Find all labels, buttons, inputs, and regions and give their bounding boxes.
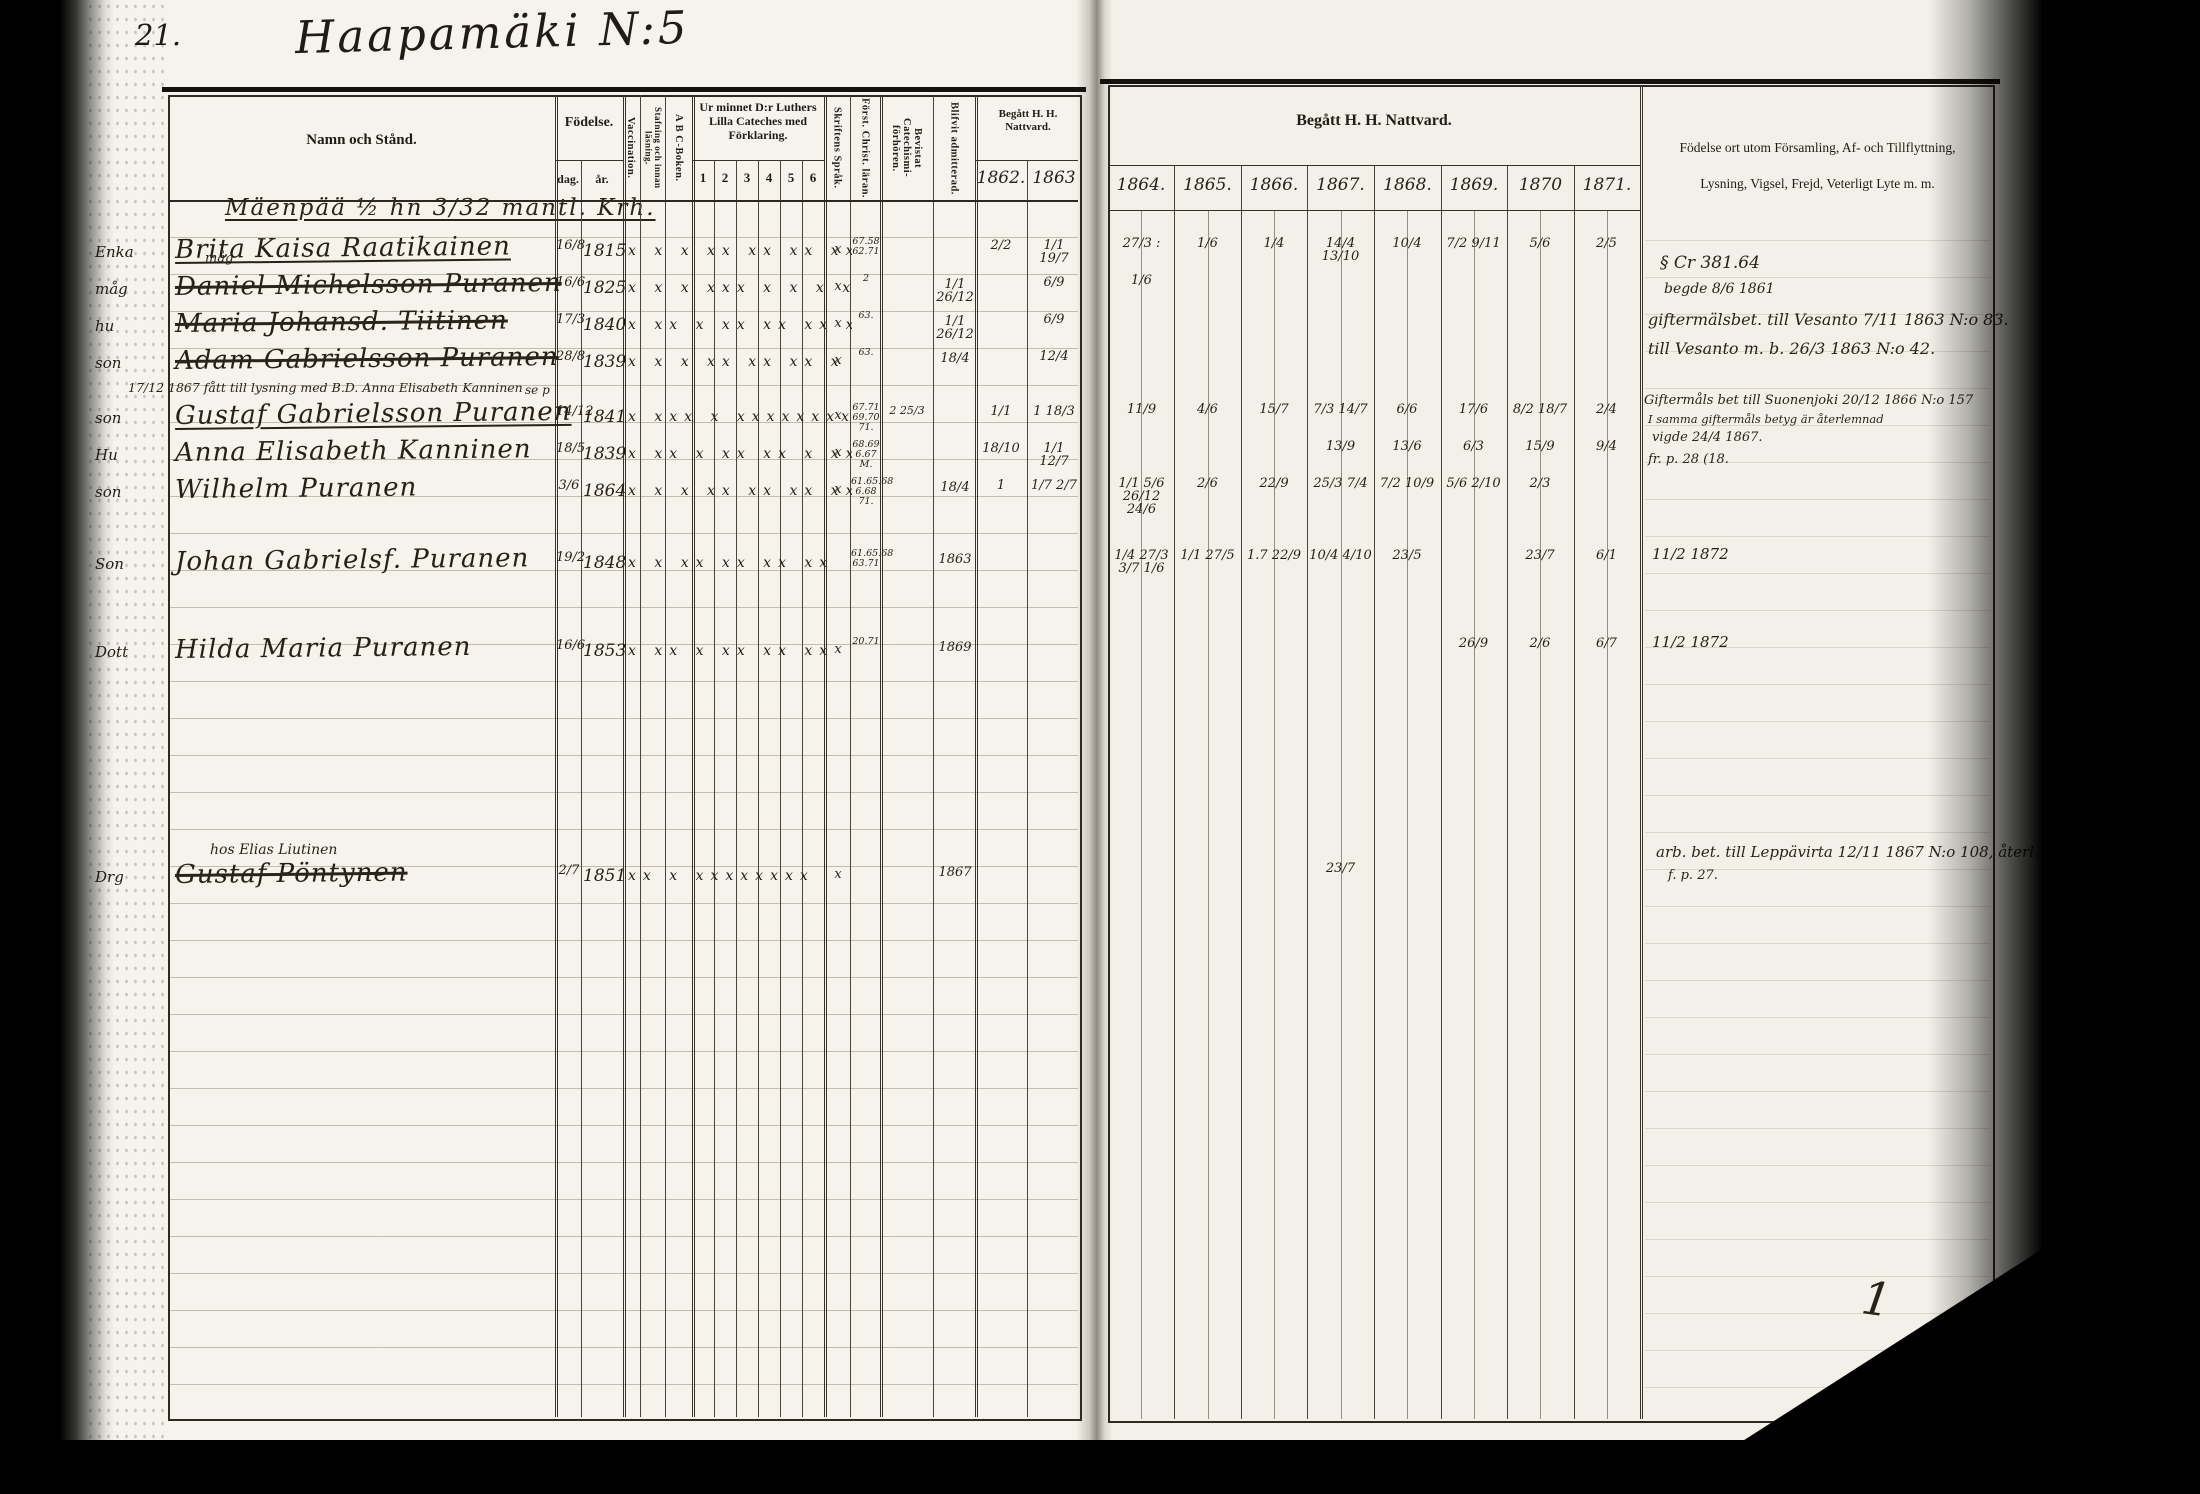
header-fodelse: Födelse.: [555, 115, 623, 131]
cell-y1871: 6/7: [1575, 637, 1638, 650]
note-hos-elias: hos Elias Liutinen: [210, 842, 337, 858]
cell-y1871: 9/4: [1575, 440, 1638, 453]
cell-y1867: 7/3 14/7: [1309, 403, 1372, 416]
header-ar: år.: [581, 172, 623, 187]
right-page-edge-shadow: [1928, 0, 2048, 1445]
cell-name: Anna Elisabeth Kanninen: [175, 434, 560, 468]
note-se-p: se p: [525, 383, 550, 397]
cell-marks: x x x xx xx xx xx: [628, 483, 852, 499]
cell-dag: 16/6: [556, 276, 582, 289]
cell-sprak: x: [826, 868, 850, 881]
header-cat-2: 2: [714, 170, 736, 186]
cell-y1864: 27/3 :: [1110, 237, 1173, 250]
cell-marks: x xx x xx xx xx xx xx: [628, 317, 852, 333]
cell-name: Brita Kaisa Raatikainen: [175, 231, 560, 265]
cell-adm: 1863: [934, 553, 976, 566]
cell-name: Daniel Michelsson Puranen: [175, 268, 560, 302]
column-line: [1507, 165, 1508, 1419]
cell-sprak: x: [826, 317, 850, 330]
header-abc-boken: A B C-Boken.: [665, 97, 692, 199]
torn-left-edge: [0, 0, 115, 1494]
cell-adm: 1869: [934, 641, 976, 654]
cell-y1865: 1/6: [1176, 237, 1239, 250]
year-label-1867: 1867.: [1307, 175, 1374, 195]
cell-ar: 1851: [583, 866, 625, 886]
cell-y1862: 18/10: [976, 442, 1026, 455]
remark-vesanto-2: till Vesanto m. b. 26/3 1863 N:o 42.: [1648, 339, 1935, 358]
year-label-1865: 1865.: [1174, 175, 1241, 195]
header-begatt-right: Begått H. H. Nattvard.: [1108, 112, 1640, 130]
cell-y1866: 22/9: [1243, 477, 1305, 490]
cell-y1865: 4/6: [1176, 403, 1239, 416]
cell-y1870: 23/7: [1509, 549, 1571, 562]
cell-y1862: 2/2: [976, 239, 1026, 252]
cell-y1863: 1/1 12/7: [1028, 442, 1080, 468]
cell-y1862: 1: [976, 479, 1026, 492]
cell-sprak: x: [826, 446, 850, 459]
cell-y1871: 2/4: [1575, 403, 1638, 416]
cell-dag: 16/8: [556, 239, 582, 252]
header-bevistat-catechismi: Bevistat Catechismi-förhören.: [880, 97, 933, 199]
header-namn-och-stand: Namn och Stånd.: [168, 132, 555, 149]
cell-ar: 1825: [583, 278, 625, 298]
cell-marks: x x x xxx x x x x: [628, 280, 852, 296]
header-rule: [1108, 165, 1640, 166]
left-table-top-rule: [162, 87, 1086, 92]
cell-y1870: 2/3: [1509, 477, 1571, 490]
cell-dag: 3/6: [556, 479, 582, 492]
column-line: [1441, 165, 1442, 1419]
cell-sprak: x: [826, 354, 850, 367]
cell-adm: 18/4: [934, 352, 976, 365]
cell-sprak: x: [826, 243, 850, 256]
cell-christ: 67.71 69.70 71.: [851, 403, 881, 433]
remark-cr: § Cr 381.64: [1660, 253, 1760, 273]
scanned-parish-register: 21. Haapamäki N:5 Namn och Stånd. Födels…: [0, 0, 2200, 1494]
cell-name: Adam Gabrielsson Puranen: [175, 342, 560, 376]
cell-y1862: 1/1: [976, 405, 1026, 418]
cell-y1868: 23/5: [1376, 549, 1438, 562]
cell-name: Gustaf Pöntynen: [175, 856, 560, 890]
column-line: [1174, 165, 1175, 1419]
cell-marks: x xxx x xxxxxxxxx: [628, 409, 852, 425]
cell-marks: x x xx xx xx xx: [628, 555, 852, 571]
year-label-1863: 1863: [1028, 168, 1080, 188]
header-skriftens-sprak: Skriftens Språk.: [824, 97, 850, 199]
column-line: [1540, 210, 1541, 1419]
column-line: [1341, 210, 1342, 1419]
column-line: [1640, 85, 1643, 1419]
cell-y1868: 7/2 10/9: [1376, 477, 1438, 490]
cell-christ: 67.58 62.71: [851, 237, 881, 257]
header-rule: [555, 160, 623, 161]
cell-sprak: x: [826, 409, 850, 422]
cell-y1869: 17/6: [1442, 403, 1505, 416]
cell-y1871: 6/1: [1575, 549, 1638, 562]
column-line: [780, 160, 781, 1417]
cell-y1867: 23/7: [1309, 862, 1372, 875]
cell-y1868: 6/6: [1376, 403, 1438, 416]
cell-y1863: 12/4: [1028, 350, 1080, 363]
year-label-1871: 1871.: [1574, 175, 1640, 195]
cell-ar: 1815: [583, 241, 625, 261]
cell-christ: 61.65.68 6.68 71.: [851, 477, 881, 507]
header-begatt-left: Begått H. H. Nattvard.: [976, 108, 1080, 134]
cell-name: Hilda Maria Puranen: [175, 631, 560, 665]
cell-bev: 2 25/3: [882, 405, 932, 417]
cell-dag: 28/8: [556, 350, 582, 363]
column-line: [1208, 210, 1209, 1419]
cell-marks: x xx x xx xx x xx: [628, 446, 852, 462]
cell-y1870: 15/9: [1509, 440, 1571, 453]
cell-y1864: 11/9: [1110, 403, 1173, 416]
header-cat-6: 6: [802, 170, 824, 186]
cell-y1863: 1/1 19/7: [1028, 239, 1080, 265]
column-line: [1407, 210, 1408, 1419]
header-forst-christ-laran: Först. Christ. läran.: [850, 97, 880, 199]
cell-christ: 61.65.68 63.71: [851, 549, 881, 569]
year-label-1866: 1866.: [1241, 175, 1307, 195]
right-table-top-rule: [1100, 79, 2000, 84]
cell-y1867: 14/4 13/10: [1309, 237, 1372, 263]
header-rule: [975, 160, 1078, 161]
cell-adm: 1/1 26/12: [934, 278, 976, 304]
page-title: Haapamäki N:5: [294, 1, 690, 64]
cell-name: Wilhelm Puranen: [175, 471, 560, 505]
remark-begde: begde 8/6 1861: [1664, 281, 1775, 297]
header-dag: dag.: [555, 172, 581, 187]
header-rule: [692, 160, 824, 161]
year-label-1868: 1868.: [1374, 175, 1441, 195]
note-lysning: 17/12 1867 fått till lysning med B.D. An…: [128, 380, 523, 395]
cell-y1865: 2/6: [1176, 477, 1239, 490]
year-label-1870: 1870: [1507, 175, 1574, 195]
cell-ar: 1839: [583, 444, 625, 464]
cell-marks: x x x xx xx xx x x: [628, 354, 852, 370]
cell-y1867: 25/3 7/4: [1309, 477, 1372, 490]
cell-ar: 1839: [583, 352, 625, 372]
cell-christ: 20.71: [851, 637, 881, 647]
cell-y1863: 1/7 2/7: [1028, 479, 1080, 492]
cell-ar: 1853: [583, 641, 625, 661]
cell-y1866: 15/7: [1243, 403, 1305, 416]
cell-y1865: 1/1 27/5: [1176, 549, 1239, 562]
column-line: [880, 95, 883, 1417]
cell-dag: 18/5: [556, 442, 582, 455]
header-cat-4: 4: [758, 170, 780, 186]
cell-ar: 1864: [583, 481, 625, 501]
cell-y1870: 2/6: [1509, 637, 1571, 650]
remark-vigde: vigde 24/4 1867.: [1652, 430, 1763, 445]
column-line: [1027, 160, 1028, 1417]
cell-name: Gustaf Gabrielsson Puranen: [175, 397, 560, 431]
cell-y1869: 26/9: [1442, 637, 1505, 650]
cell-sprak: x: [826, 483, 850, 496]
cell-name: Johan Gabrielsf. Puranen: [175, 543, 560, 577]
cell-christ: 68.69 6.67 M.: [851, 440, 881, 470]
cell-marks: x x x xx xx xx xx xx xx: [628, 243, 852, 259]
cell-y1868: 10/4: [1376, 237, 1438, 250]
cell-y1869: 7/2 9/11: [1442, 237, 1505, 250]
cell-y1864: 1/1 5/6 26/12 24/6: [1110, 477, 1173, 516]
cell-adm: 1/1 26/12: [934, 315, 976, 341]
column-line: [1241, 165, 1242, 1419]
header-rule: [168, 200, 1078, 202]
column-line: [1307, 165, 1308, 1419]
column-line: [1141, 210, 1142, 1419]
cell-y1870: 5/6: [1509, 237, 1571, 250]
cell-y1866: 1/4: [1243, 237, 1305, 250]
column-line: [736, 160, 737, 1417]
header-cat-3: 3: [736, 170, 758, 186]
header-cat-5: 5: [780, 170, 802, 186]
year-label-1869: 1869.: [1441, 175, 1507, 195]
cell-y1868: 13/6: [1376, 440, 1438, 453]
remark-f-p-27: f. p. 27.: [1668, 868, 1718, 883]
year-label-1862: 1862.: [976, 168, 1026, 188]
farm-heading: Mäenpää ½ hn 3/32 mantl. Krh.: [225, 195, 656, 221]
cell-dag: 2/7: [556, 864, 582, 877]
column-line: [1607, 210, 1608, 1419]
cell-adm: 1867: [934, 866, 976, 879]
header-rule: [1108, 210, 1640, 211]
cell-y1867: 10/4 4/10: [1309, 549, 1372, 562]
cell-y1870: 8/2 18/7: [1509, 403, 1571, 416]
column-line: [1474, 210, 1475, 1419]
cell-ar: 1848: [583, 553, 625, 573]
cell-dag: 19/2: [556, 551, 582, 564]
header-ur-minnet: Ur minnet D:r Luthers Lilla Cateches med…: [694, 100, 822, 142]
cell-dag: 17/3: [556, 313, 582, 326]
cell-christ: 63.: [851, 311, 881, 321]
cell-y1866: 1.7 22/9: [1243, 549, 1305, 562]
cell-sprak: x: [826, 643, 850, 656]
cell-adm: 18/4: [934, 481, 976, 494]
cell-ar: 1841: [583, 407, 625, 427]
cell-y1869: 5/6 2/10: [1442, 477, 1505, 490]
cell-y1863: 6/9: [1028, 313, 1080, 326]
cell-dag: 16/6: [556, 639, 582, 652]
column-line: [714, 160, 715, 1417]
cell-y1863: 6/9: [1028, 276, 1080, 289]
cell-sprak: x: [826, 280, 850, 293]
year-label-1864: 1864.: [1108, 175, 1174, 195]
cell-y1867: 13/9: [1309, 440, 1372, 453]
header-stafning: Stafning och innan läsning.: [640, 97, 665, 199]
column-line: [1574, 165, 1575, 1419]
cell-y1863: 1 18/3: [1028, 405, 1080, 418]
column-line: [802, 160, 803, 1417]
cell-marks: xx x xxxxxxxx: [628, 868, 852, 884]
remark-giftermals-1: Giftermåls bet till Suonenjoki 20/12 186…: [1644, 393, 1973, 408]
cell-christ: 2: [851, 274, 881, 284]
cell-dag: 14/12: [556, 405, 582, 418]
header-cat-1: 1: [692, 170, 714, 186]
cell-y1869: 6/3: [1442, 440, 1505, 453]
remark-fr-p: fr. p. 28 (18.: [1648, 452, 1729, 467]
cell-ar: 1840: [583, 315, 625, 335]
cell-marks: x xx x xx xx xx: [628, 643, 852, 659]
cell-y1864: 1/6: [1110, 274, 1173, 287]
cell-y1864: 1/4 27/3 3/7 1/6: [1110, 549, 1173, 575]
remark-giftermals-2: I samma giftermåls betyg är återlemnad: [1648, 412, 1884, 426]
column-line: [1374, 165, 1375, 1419]
column-line: [1274, 210, 1275, 1419]
cell-y1871: 2/5: [1575, 237, 1638, 250]
cell-christ: 63.: [851, 348, 881, 358]
column-line: [758, 160, 759, 1417]
header-blifvit-admitterad: Blifvit admitterad.: [933, 97, 975, 199]
cell-name: Maria Johansd. Tiitinen: [175, 305, 560, 339]
